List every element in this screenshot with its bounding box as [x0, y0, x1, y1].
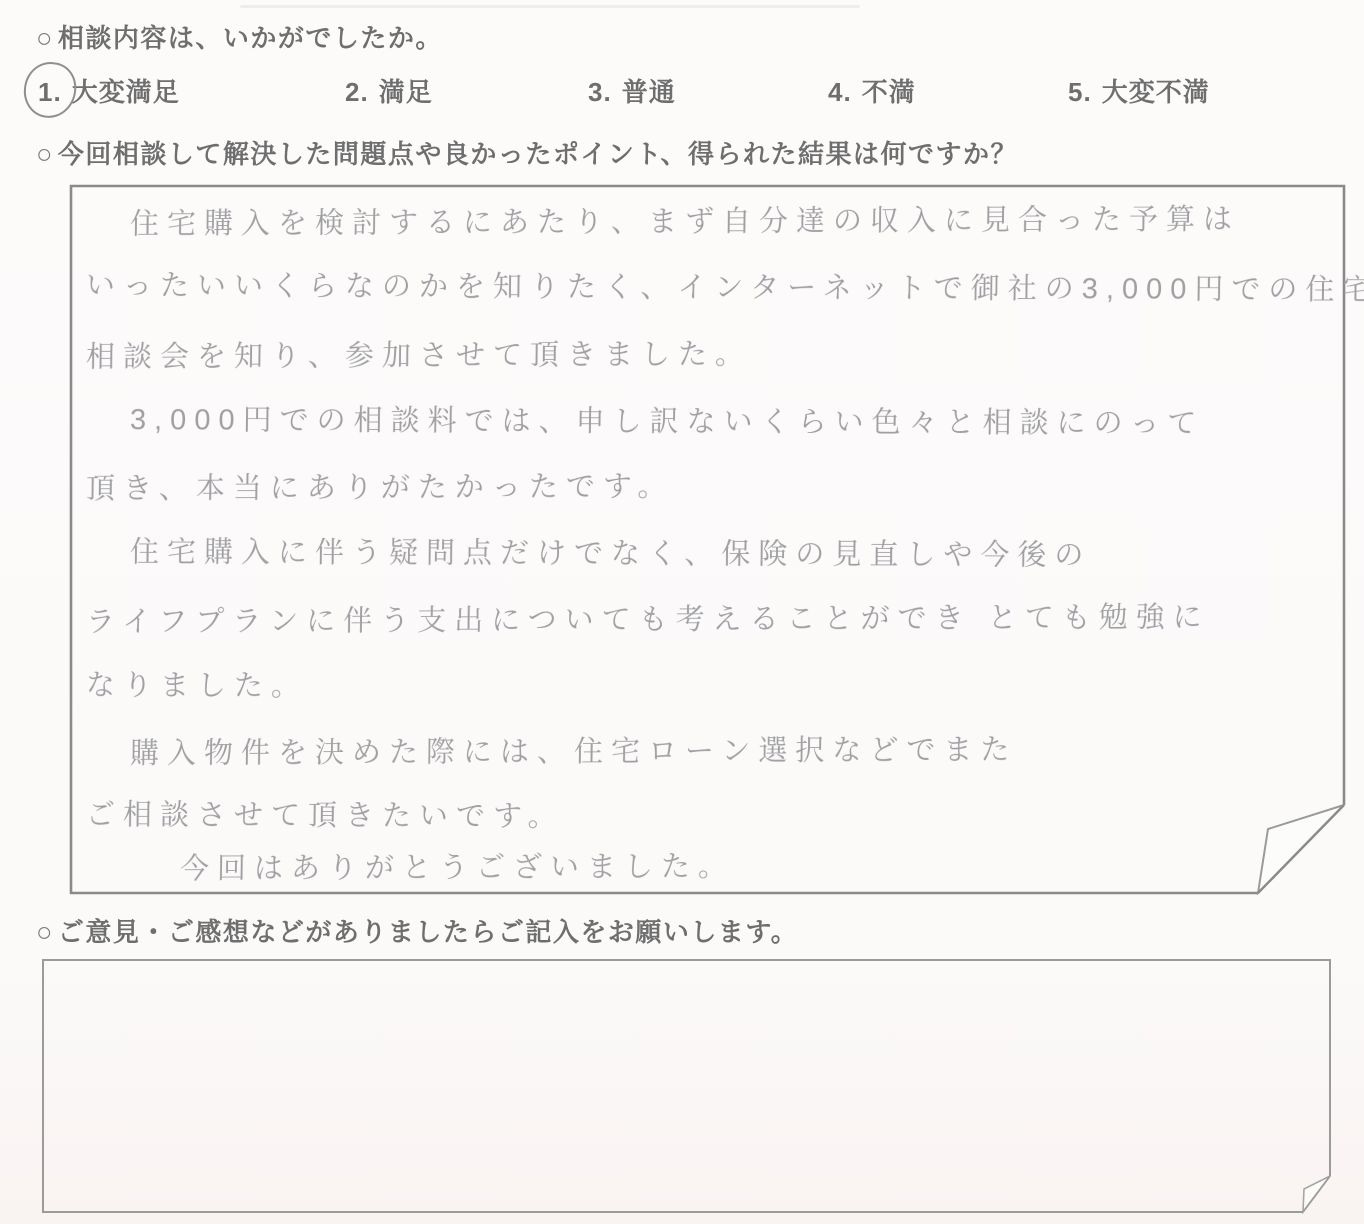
option-4-dissatisfied: 4.不満 — [828, 72, 916, 109]
question-2-text: 今回相談して解決した問題点や良かったポイント、得られた結果は何ですか？ — [58, 139, 1018, 169]
scan-artifact — [240, 5, 860, 8]
circle-bullet-icon: ○ — [36, 917, 54, 947]
answer-box-border-with-page-curl — [41, 958, 1332, 1214]
option-2-satisfied: 2.満足 — [345, 72, 433, 109]
option-3-neutral: 3.普通 — [588, 72, 676, 109]
option-number: 4. — [828, 77, 852, 107]
option-label: 普通 — [622, 77, 676, 107]
selected-answer-circle — [21, 59, 79, 121]
answer-box-q2: 住宅購入を検討するにあたり、まず自分達の収入に見合った予算は いったいいくらなの… — [68, 183, 1347, 895]
option-number: 3. — [588, 77, 612, 107]
question-3: ○ご意見・ご感想などがありましたらご記入をお願いします。 — [36, 912, 798, 949]
handwritten-line: 今回はありがとうございました。 — [180, 844, 736, 887]
question-1: ○相談内容は、いかがでしたか。 — [36, 18, 443, 55]
circle-bullet-icon: ○ — [36, 23, 54, 53]
handwritten-line: 頂き、本当にありがたかったです。 — [86, 464, 675, 508]
option-label: 満足 — [379, 77, 433, 107]
scanned-survey-document: { "colors": { "printed_ink": "#6e6e6e", … — [0, 0, 1364, 1224]
handwritten-line: 相談会を知り、参加させて頂きました。 — [86, 332, 753, 376]
option-number: 2. — [345, 77, 369, 107]
handwritten-line: 住宅購入に伴う疑問点だけでなく、保険の見直しや今後の — [130, 529, 1092, 573]
handwritten-line: ライフプランに伴う支出についても考えることができ とても勉強に — [86, 595, 1210, 641]
option-label: 大変不満 — [1102, 77, 1210, 107]
handwritten-line: いったいいくらなのかを知りたく、インターネットで御社の3,000円での住宅 — [86, 263, 1364, 309]
option-5-very-dissatisfied: 5.大変不満 — [1068, 72, 1210, 109]
option-label: 不満 — [862, 77, 916, 107]
circle-bullet-icon: ○ — [36, 139, 54, 169]
option-1-very-satisfied: 1.大変満足 — [38, 72, 180, 109]
handwritten-line: 購入物件を決めた際には、住宅ローン選択などでまた — [130, 727, 1018, 772]
question-3-text: ご意見・ご感想などがありましたらご記入をお願いします。 — [58, 917, 798, 947]
handwritten-line: 3,000円での相談料では、申し訳ないくらい色々と相談にのって — [130, 397, 1205, 442]
question-2: ○今回相談して解決した問題点や良かったポイント、得られた結果は何ですか？ — [36, 134, 1018, 171]
option-number: 5. — [1068, 77, 1092, 107]
answer-box-q3 — [41, 958, 1332, 1214]
handwritten-line: ご相談させて頂きたいです。 — [86, 792, 565, 835]
question-1-text: 相談内容は、いかがでしたか。 — [58, 23, 443, 53]
handwritten-line: なりました。 — [86, 663, 309, 705]
handwritten-line: 住宅購入を検討するにあたり、まず自分達の収入に見合った予算は — [130, 197, 1241, 243]
option-label: 大変満足 — [72, 77, 180, 107]
rating-options: 1.大変満足 2.満足 3.普通 4.不満 5.大変不満 — [0, 66, 1364, 114]
